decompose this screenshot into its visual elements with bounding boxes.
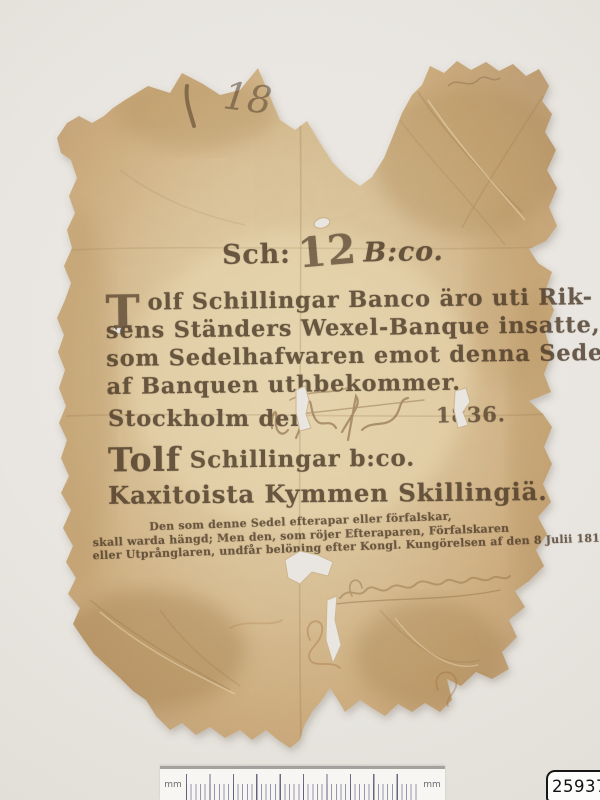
ruler-left-unit: mm <box>160 769 186 800</box>
denomination-repeat-line: Tolf Schillingar b:co. <box>108 443 415 475</box>
obligation-paragraph: T olf Schillingar Banco äro uti Rik- sen… <box>105 283 600 401</box>
place-date-line: Stockholm den <box>108 406 307 432</box>
denomination-rest: Schillingar b:co. <box>190 444 415 474</box>
printed-year: 1836. <box>436 401 506 427</box>
drop-cap-initial: T <box>105 285 141 339</box>
paragraph-line: som Sedelhafwaren emot denna Sedel <box>106 339 600 373</box>
banknote-paper <box>0 0 600 800</box>
denomination-word: Tolf <box>108 445 181 475</box>
catalog-number-label: 25937 <box>546 770 600 800</box>
scale-ruler: mm mm <box>160 766 445 800</box>
header-prefix: Sch: <box>222 239 291 271</box>
header-suffix: B:co. <box>363 236 444 268</box>
denomination-header: Sch: 12 B:co. <box>222 232 444 271</box>
ruler-right-unit: mm <box>419 769 445 800</box>
ruler-ticks <box>186 769 419 800</box>
finnish-denomination-line: Kaxitoista Kymmen Skillingiä. <box>108 477 548 510</box>
photo-stage: Sch: 12 B:co. T olf Schillingar Banco är… <box>0 0 600 800</box>
catalog-number: 25937 <box>552 777 600 796</box>
header-value: 12 <box>296 232 357 272</box>
paragraph-line: af Banquen uthbekommer. <box>106 367 600 401</box>
